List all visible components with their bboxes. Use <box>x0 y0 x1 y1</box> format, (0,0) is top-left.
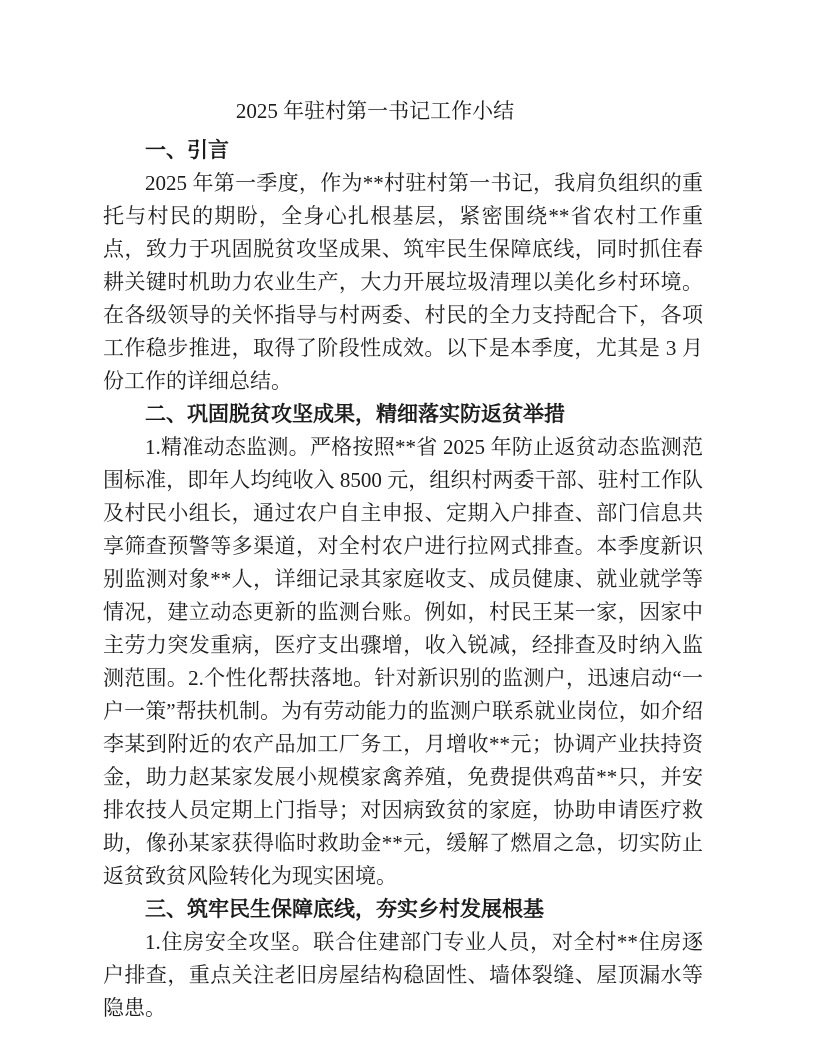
paragraph-livelihood: 1.住房安全攻坚。联合住建部门专业人员，对全村**住房逐户排查，重点关注老旧房屋… <box>103 926 703 1025</box>
document-page: 2025 年驻村第一书记工作小结 一、引言 2025 年第一季度，作为**村驻村… <box>0 0 816 1056</box>
section-heading-poverty-prevention: 二、巩固脱贫攻坚成果，精细落实防返贫举措 <box>103 398 703 431</box>
document-content: 2025 年驻村第一书记工作小结 一、引言 2025 年第一季度，作为**村驻村… <box>103 94 703 1025</box>
paragraph-poverty-prevention: 1.精准动态监测。严格按照**省 2025 年防止返贫动态监测范围标准，即年人均… <box>103 431 703 893</box>
paragraph-introduction: 2025 年第一季度，作为**村驻村第一书记，我肩负组织的重托与村民的期盼，全身… <box>103 167 703 398</box>
section-heading-livelihood: 三、筑牢民生保障底线，夯实乡村发展根基 <box>103 893 703 926</box>
document-title: 2025 年驻村第一书记工作小结 <box>103 94 703 128</box>
section-heading-introduction: 一、引言 <box>103 134 703 167</box>
